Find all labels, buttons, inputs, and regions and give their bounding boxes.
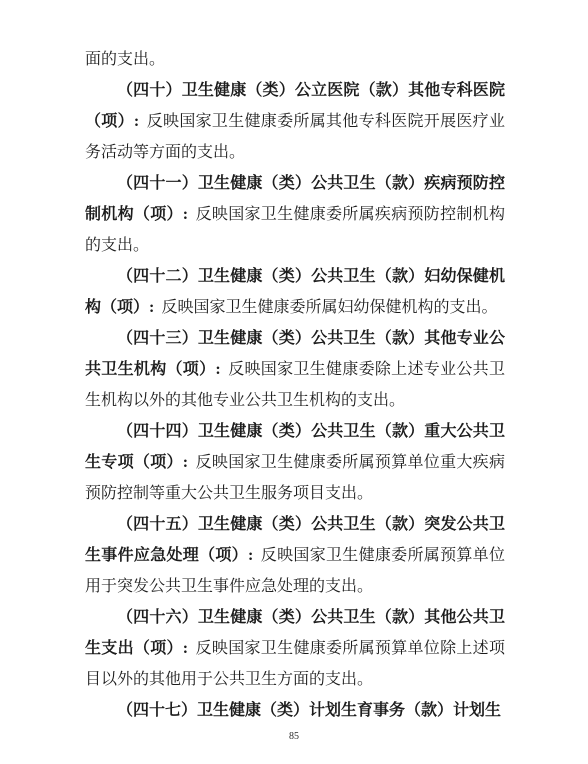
budget-item-paragraph: （四十六）卫生健康（类）公共卫生（款）其他公共卫生支出（项）:反映国家卫生健康委… xyxy=(85,602,505,695)
budget-item-heading: （四十七）卫生健康（类）计划生育事务（款）计划生 xyxy=(117,702,501,719)
budget-item-list: （四十）卫生健康（类）公立医院（款）其他专科医院（项）:反映国家卫生健康委所属其… xyxy=(85,75,505,726)
document-body: 面的支出。 （四十）卫生健康（类）公立医院（款）其他专科医院（项）:反映国家卫生… xyxy=(85,44,505,726)
budget-item-paragraph: （四十七）卫生健康（类）计划生育事务（款）计划生 xyxy=(85,695,505,726)
budget-item-paragraph: （四十二）卫生健康（类）公共卫生（款）妇幼保健机构（项）:反映国家卫生健康委所属… xyxy=(85,261,505,323)
document-page: 面的支出。 （四十）卫生健康（类）公立医院（款）其他专科医院（项）:反映国家卫生… xyxy=(0,0,588,764)
budget-item-body: 反映国家卫生健康委所属妇幼保健机构的支出。 xyxy=(162,299,498,316)
budget-item-paragraph: （四十三）卫生健康（类）公共卫生（款）其他专业公共卫生机构（项）:反映国家卫生健… xyxy=(85,323,505,416)
budget-item-paragraph: （四十五）卫生健康（类）公共卫生（款）突发公共卫生事件应急处理（项）:反映国家卫… xyxy=(85,509,505,602)
paragraph-continuation: 面的支出。 xyxy=(85,44,505,75)
budget-item-paragraph: （四十）卫生健康（类）公立医院（款）其他专科医院（项）:反映国家卫生健康委所属其… xyxy=(85,75,505,168)
budget-item-paragraph: （四十一）卫生健康（类）公共卫生（款）疾病预防控制机构（项）:反映国家卫生健康委… xyxy=(85,168,505,261)
budget-item-body: 反映国家卫生健康委所属其他专科医院开展医疗业务活动等方面的支出。 xyxy=(85,113,505,161)
page-number: 85 xyxy=(0,732,588,742)
budget-item-paragraph: （四十四）卫生健康（类）公共卫生（款）重大公共卫生专项（项）:反映国家卫生健康委… xyxy=(85,416,505,509)
